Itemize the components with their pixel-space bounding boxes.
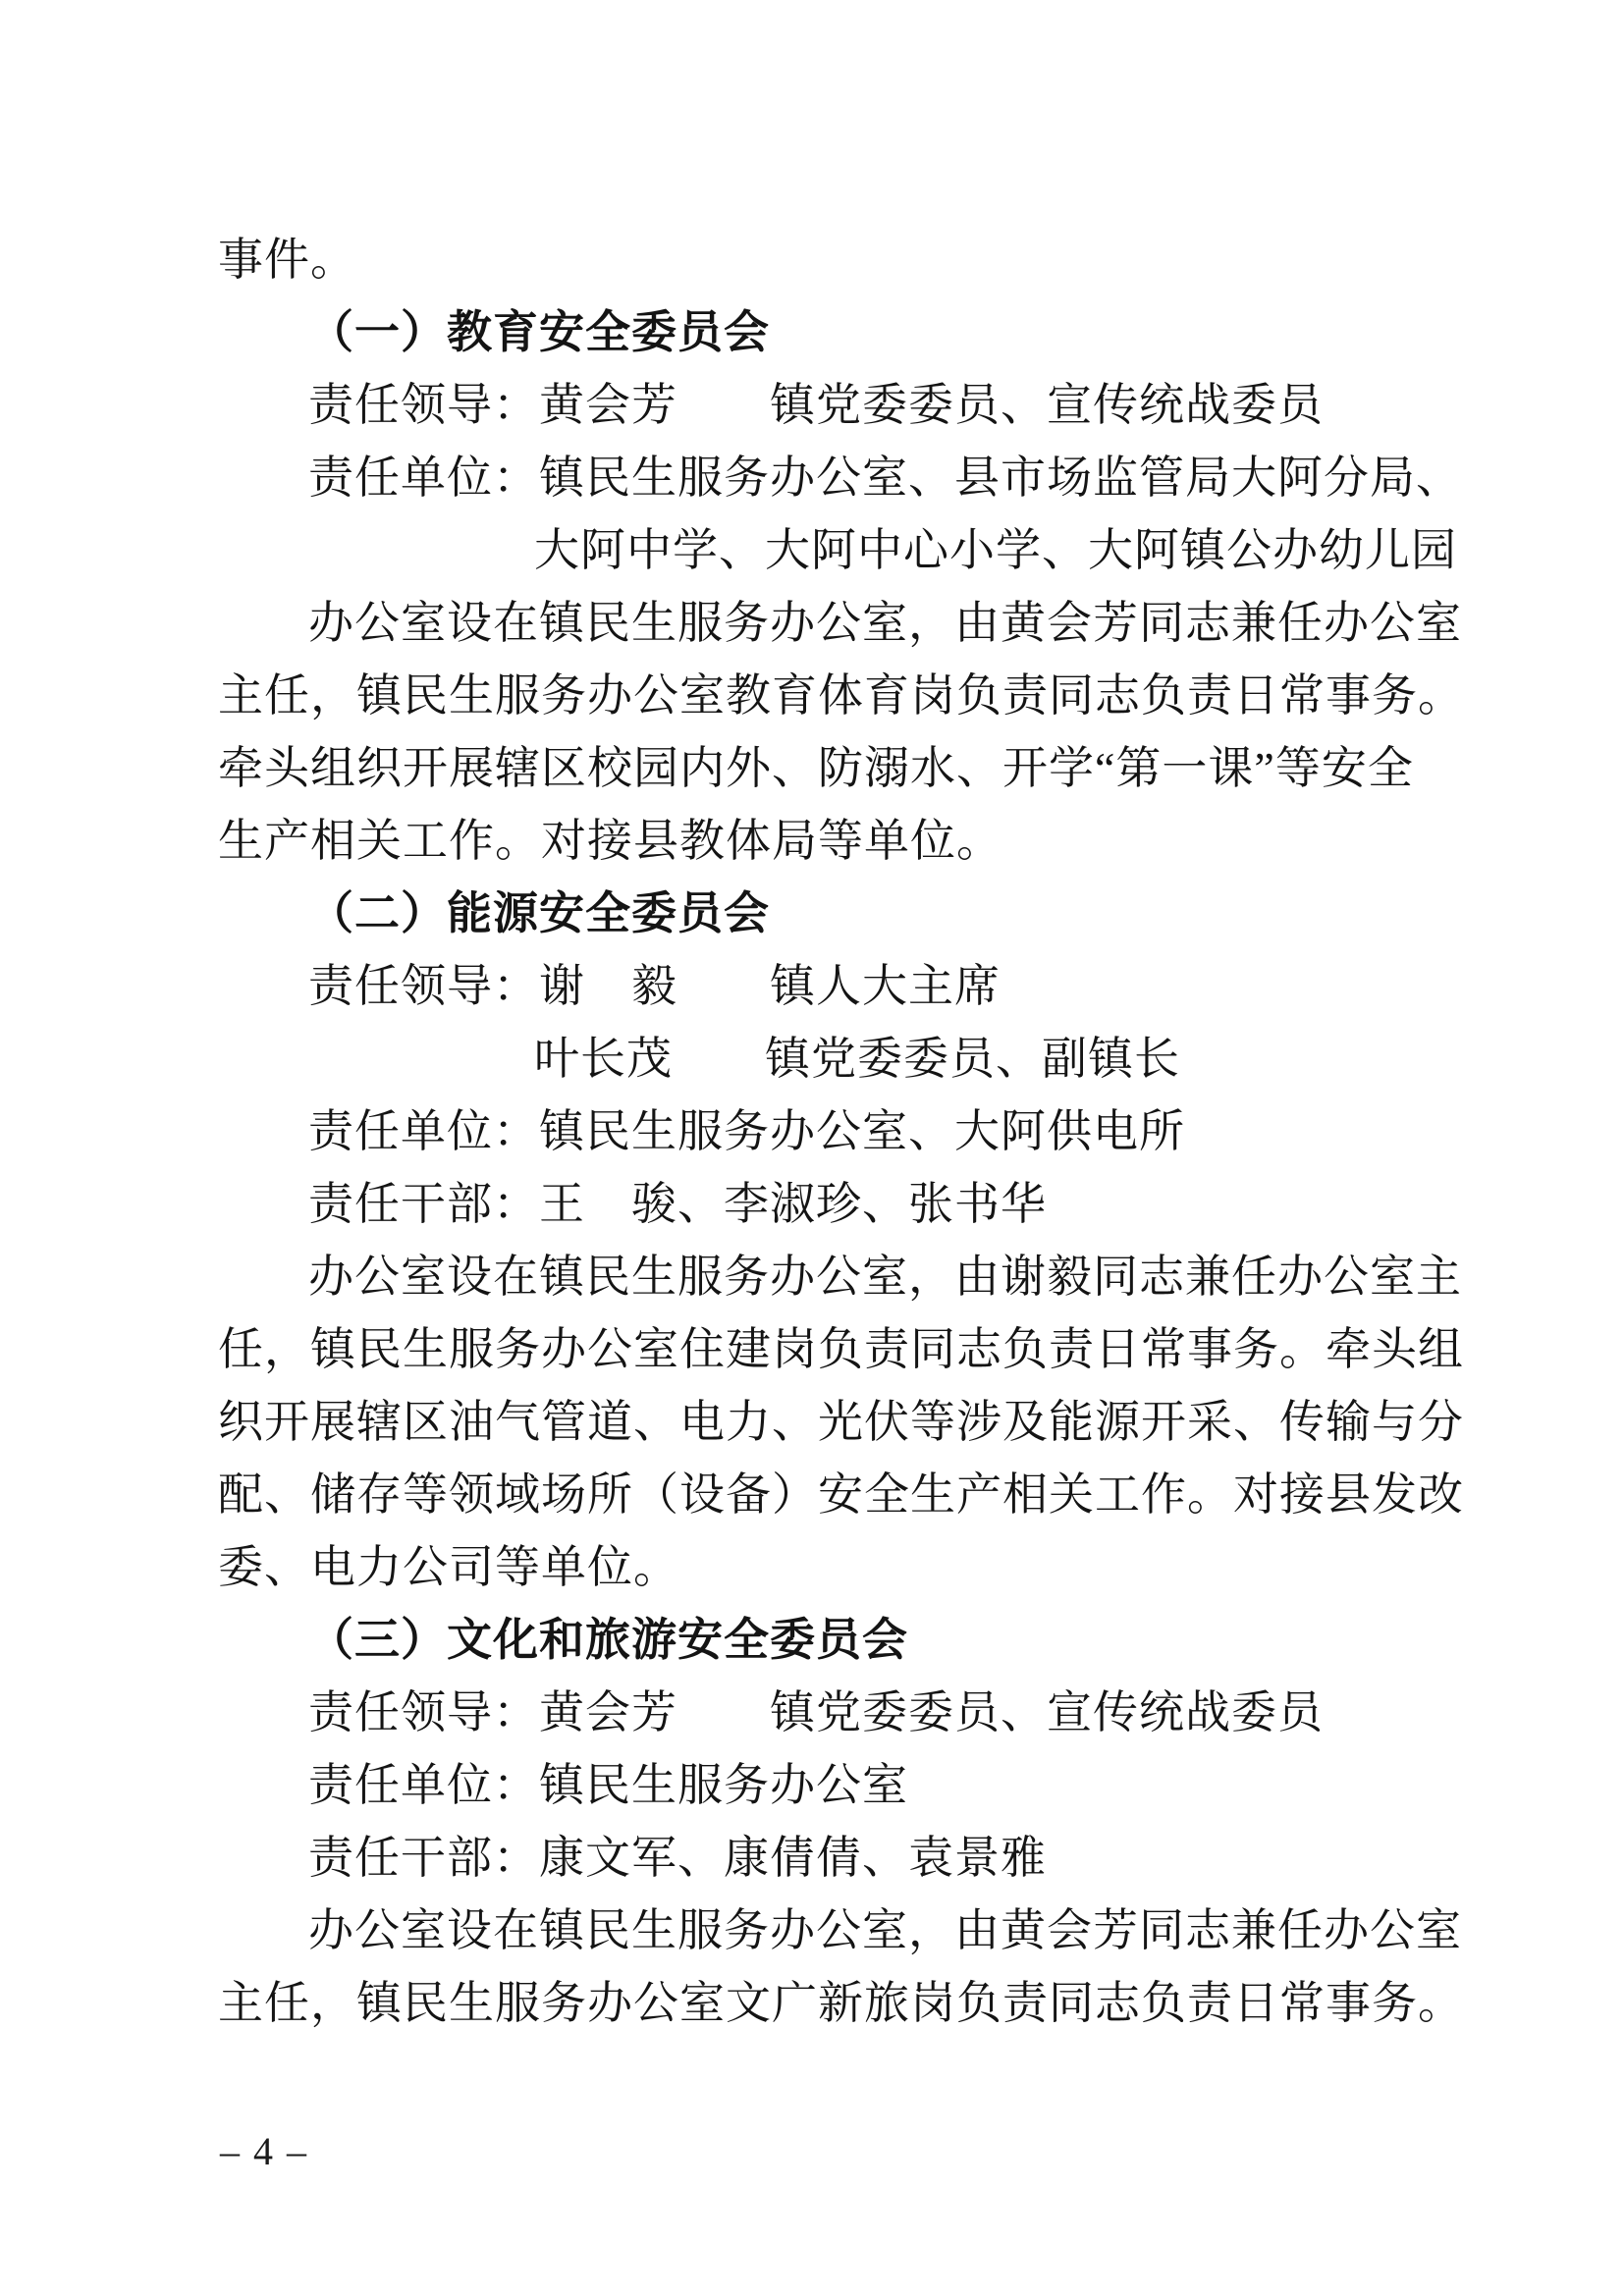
text-line: 办公室设在镇民生服务办公室，由黄会芳同志兼任办公室 <box>218 587 1435 660</box>
text-line: 织开展辖区油气管道、电力、光伏等涉及能源开采、传输与分 <box>218 1386 1435 1459</box>
text-line: 主任，镇民生服务办公室教育体育岗负责同志负责日常事务。 <box>218 660 1435 732</box>
text-line: 主任，镇民生服务办公室文广新旅岗负责同志负责日常事务。 <box>218 1967 1435 2040</box>
text-line: 责任领导：谢 毅 镇人大主席 <box>218 950 1435 1023</box>
text-line: 生产相关工作。对接县教体局等单位。 <box>218 805 1435 878</box>
text-line: 办公室设在镇民生服务办公室，由黄会芳同志兼任办公室 <box>218 1895 1435 1967</box>
text-line: 责任单位：镇民生服务办公室、大阿供电所 <box>218 1095 1435 1168</box>
text-line: 牵头组织开展辖区校园内外、防溺水、开学“第一课”等安全 <box>218 732 1435 805</box>
page-number: – 4 – <box>220 2126 308 2177</box>
text-line: 大阿中学、大阿中心小学、大阿镇公办幼儿园 <box>218 514 1435 587</box>
section-heading: （二）能源安全委员会 <box>218 878 1435 950</box>
text-line: 责任领导：黄会芳 镇党委委员、宣传统战委员 <box>218 1677 1435 1749</box>
text-line: 责任单位：镇民生服务办公室 <box>218 1749 1435 1822</box>
text-line: 办公室设在镇民生服务办公室，由谢毅同志兼任办公室主 <box>218 1241 1435 1313</box>
document-page: 事件。（一）教育安全委员会责任领导：黄会芳 镇党委委员、宣传统战委员责任单位：镇… <box>0 0 1624 2296</box>
text-line: 委、电力公司等单位。 <box>218 1531 1435 1604</box>
text-line: 叶长茂 镇党委委员、副镇长 <box>218 1023 1435 1095</box>
text-line: 责任干部：王 骏、李淑珍、张书华 <box>218 1168 1435 1241</box>
text-line: 责任领导：黄会芳 镇党委委员、宣传统战委员 <box>218 369 1435 442</box>
text-line: 责任干部：康文军、康倩倩、袁景雅 <box>218 1822 1435 1895</box>
section-heading: （三）文化和旅游安全委员会 <box>218 1604 1435 1677</box>
text-line: 事件。 <box>218 224 1435 296</box>
section-heading: （一）教育安全委员会 <box>218 296 1435 369</box>
text-line: 配、储存等领域场所（设备）安全生产相关工作。对接县发改 <box>218 1459 1435 1531</box>
document-body: 事件。（一）教育安全委员会责任领导：黄会芳 镇党委委员、宣传统战委员责任单位：镇… <box>218 224 1435 2040</box>
text-line: 责任单位：镇民生服务办公室、县市场监管局大阿分局、 <box>218 442 1435 514</box>
text-line: 任，镇民生服务办公室住建岗负责同志负责日常事务。牵头组 <box>218 1313 1435 1386</box>
